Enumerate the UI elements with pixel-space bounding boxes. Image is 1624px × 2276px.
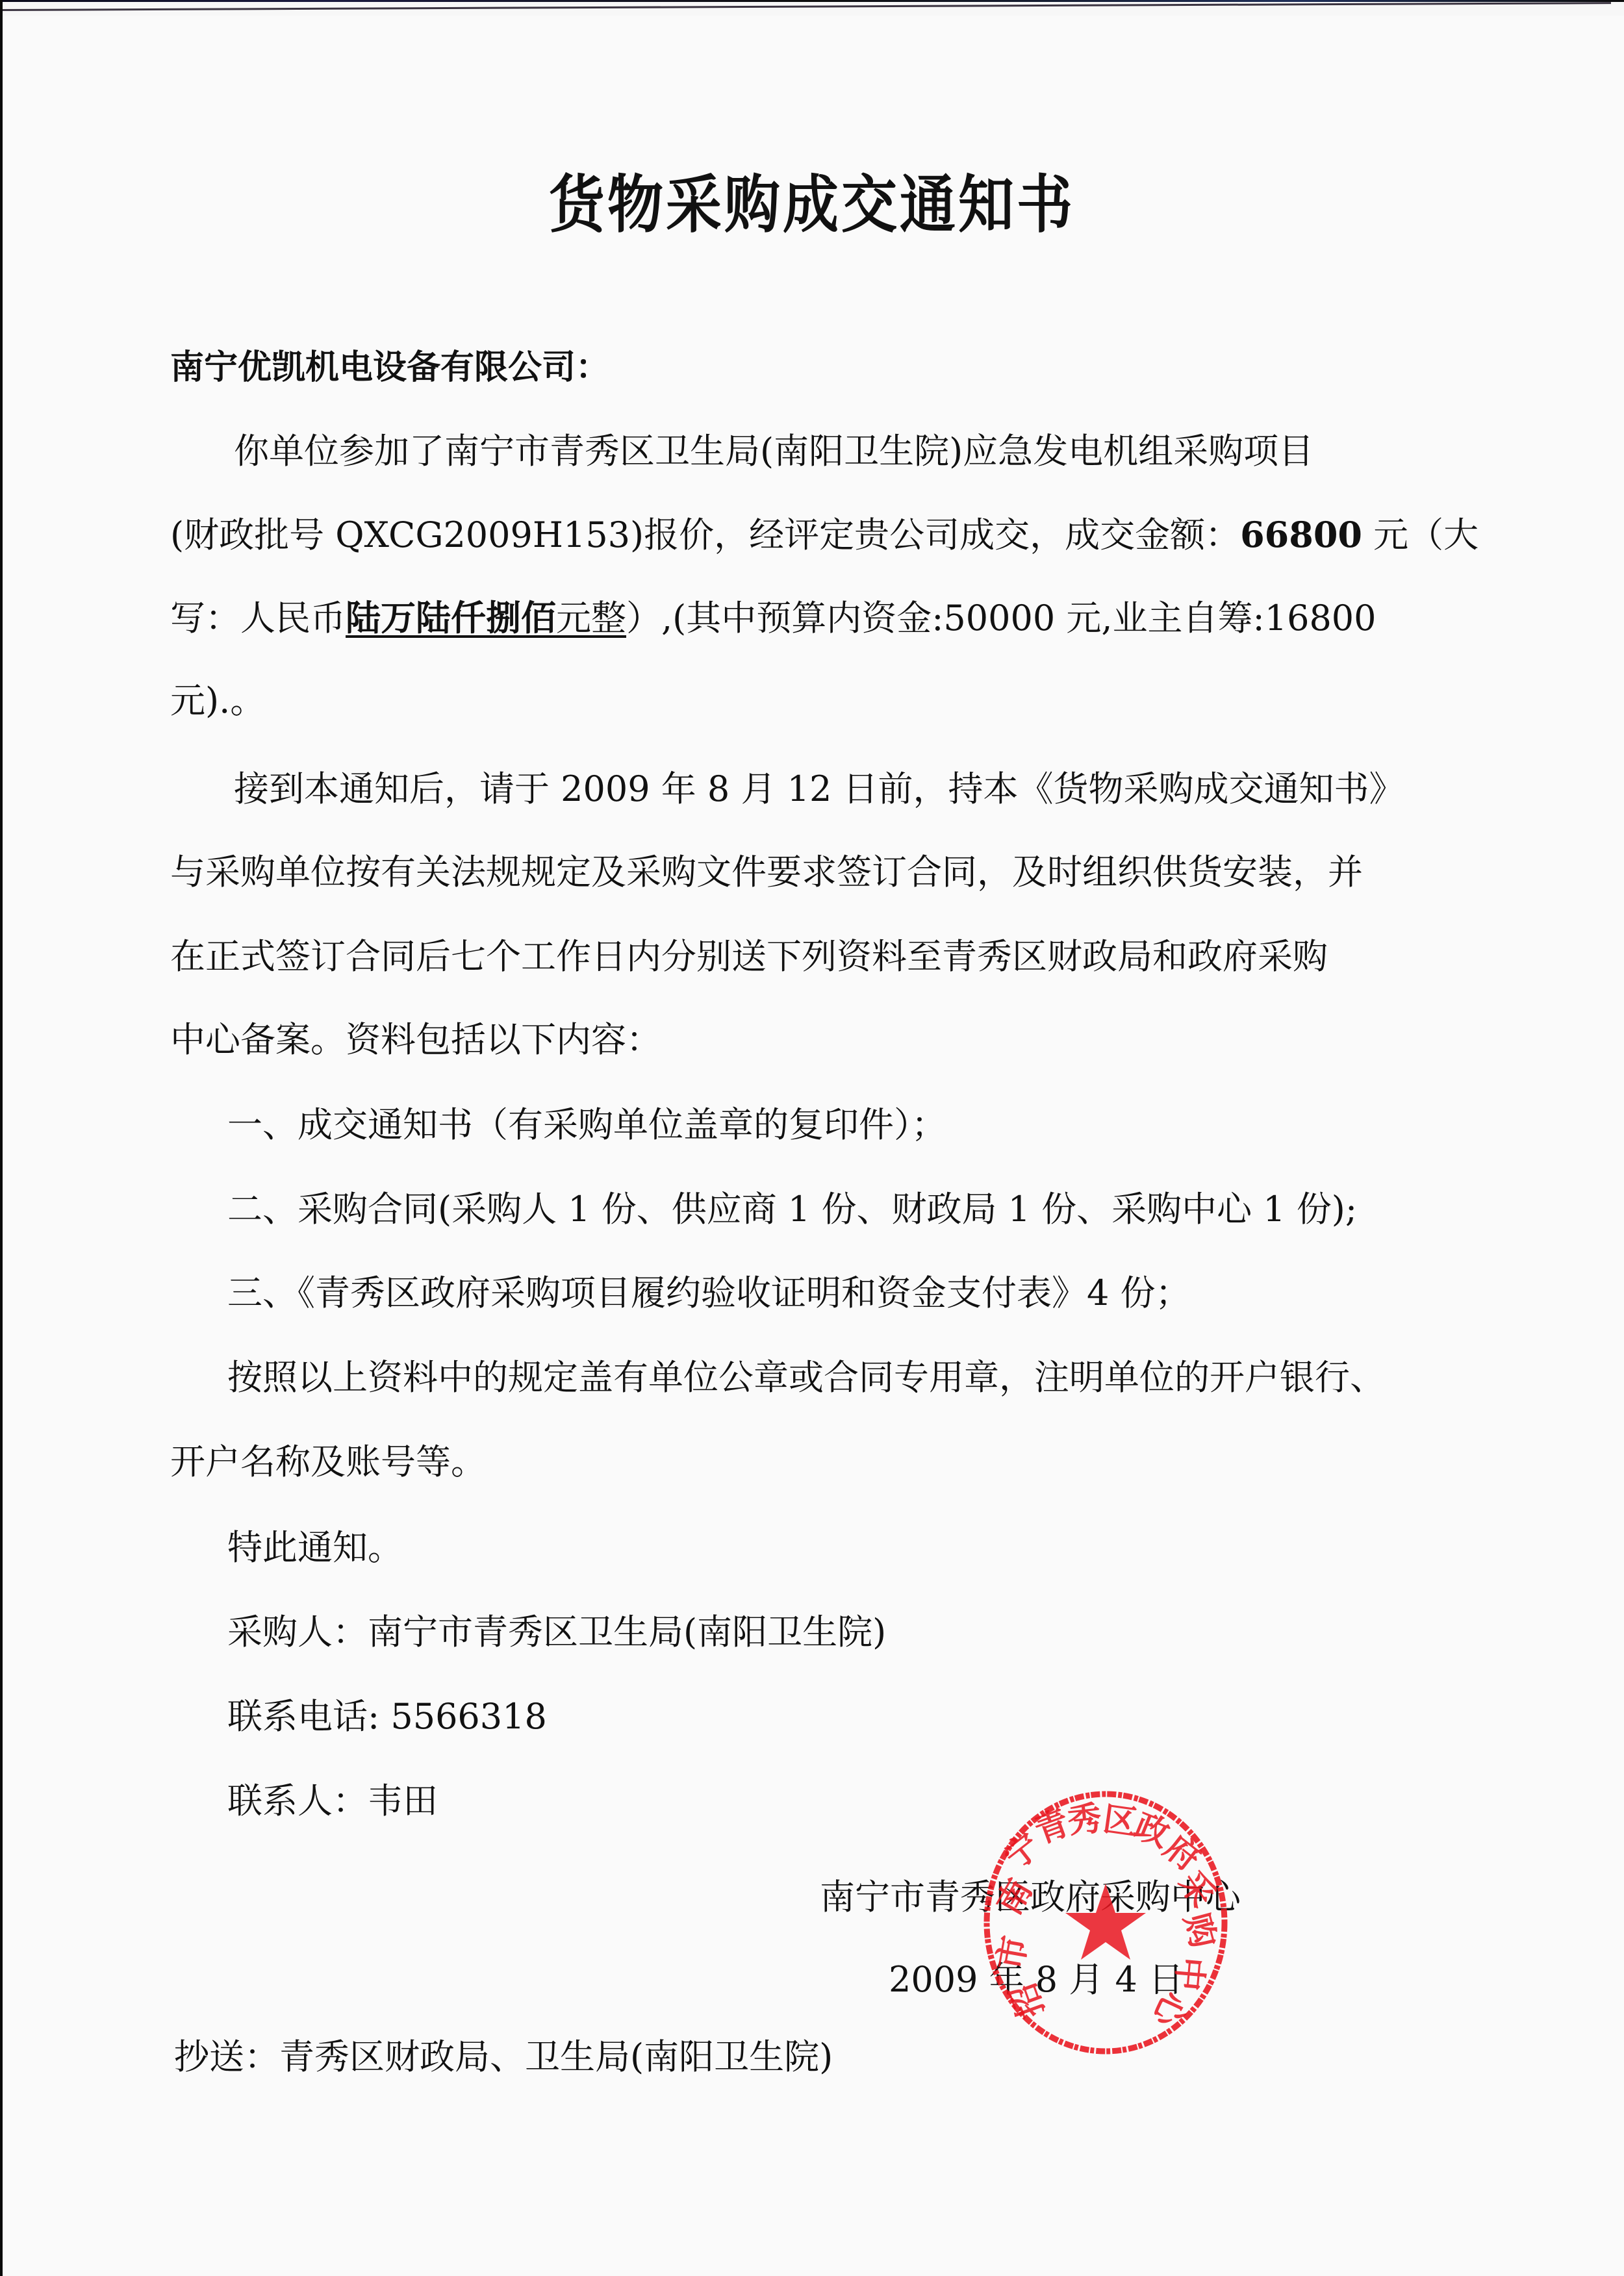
issue-date: 2009 年 8 月 4 日 xyxy=(889,1952,1184,2002)
amount-in-words: 陆万陆仟捌佰元整 xyxy=(346,597,626,639)
addressee: 南宁优凯机电设备有限公司： xyxy=(170,351,609,385)
purchaser: 采购人：南宁市青秀区卫生局(南阳卫生院) xyxy=(227,1615,886,1650)
paragraph1-line3-suffix: ）,(其中预算内资金:50000 元,业主自筹:16800 xyxy=(626,598,1377,639)
cc-line: 抄送：青秀区财政局、卫生局(南阳卫生院) xyxy=(174,2040,833,2075)
paragraph2-line1: 接到本通知后，请于 2009 年 8 月 12 日前，持本《货物采购成交通知书》 xyxy=(234,772,1404,807)
requirement-item-1: 一、成交通知书（有采购单位盖章的复印件）； xyxy=(227,1107,946,1143)
paragraph1-line3: 写：人民币陆万陆仟捌佰元整）,(其中预算内资金:50000 元,业主自筹:168… xyxy=(170,600,1377,636)
paragraph1-line4: 元).。 xyxy=(170,683,265,718)
paragraph1-line3-prefix: 写：人民币 xyxy=(170,598,346,639)
svg-text:青: 青 xyxy=(1030,1803,1074,1851)
paragraph3-line2: 开户名称及账号等。 xyxy=(170,1445,486,1480)
requirement-item-2: 二、采购合同(采购人 1 份、供应商 1 份、财政局 1 份、采购中心 1 份)… xyxy=(227,1192,1357,1227)
paragraph2-line3: 在正式签订合同后七个工作日内分别送下列资料至青秀区财政局和政府采购 xyxy=(170,939,1328,974)
scan-edge-line xyxy=(0,2,1611,11)
paragraph2-line2: 与采购单位按有关法规规定及采购文件要求签订合同，及时组织供货安装，并 xyxy=(170,855,1363,890)
scan-top-margin xyxy=(0,0,1624,16)
closing-text: 特此通知。 xyxy=(227,1530,403,1565)
svg-text:秀: 秀 xyxy=(1066,1799,1104,1841)
amount-words-rest: 元整 xyxy=(556,598,626,639)
paragraph3-line1: 按照以上资料中的规定盖有单位公章或合同专用章，注明单位的开户银行、 xyxy=(227,1360,1385,1395)
paragraph1-line2-suffix: 元（大 xyxy=(1362,514,1478,555)
svg-text:政: 政 xyxy=(1129,1806,1175,1855)
official-seal-icon: 南 宁 青 秀 区 政 府 采 购 中 心 市 招 xyxy=(982,1789,1229,2056)
requirement-item-3: 三、《青秀区政府采购项目履约验收证明和资金支付表》4 份； xyxy=(227,1276,1191,1311)
contact-person: 联系人：韦田 xyxy=(227,1784,438,1819)
contact-phone: 联系电话: 5566318 xyxy=(227,1699,547,1734)
scan-left-edge xyxy=(0,0,3,2276)
total-amount: 66800 xyxy=(1240,514,1362,555)
paragraph2-line4: 中心备案。资料包括以下内容： xyxy=(170,1022,661,1057)
paragraph1-line2: (财政批号 QXCG2009H153)报价，经评定贵公司成交，成交金额：6680… xyxy=(170,517,1478,553)
paragraph1-line1: 你单位参加了南宁市青秀区卫生局(南阳卫生院)应急发电机组采购项目 xyxy=(234,434,1313,469)
svg-text:区: 区 xyxy=(1100,1800,1139,1843)
scan-edge-band xyxy=(0,0,1624,2)
amount-words-bold: 陆万陆仟捌佰 xyxy=(346,597,556,639)
issuer-name: 南宁市青秀区政府采购中心 xyxy=(820,1869,1241,1919)
document-title: 货物采购成交通知书 xyxy=(0,155,1624,245)
paragraph1-line2-prefix: (财政批号 QXCG2009H153)报价，经评定贵公司成交，成交金额： xyxy=(170,514,1240,555)
